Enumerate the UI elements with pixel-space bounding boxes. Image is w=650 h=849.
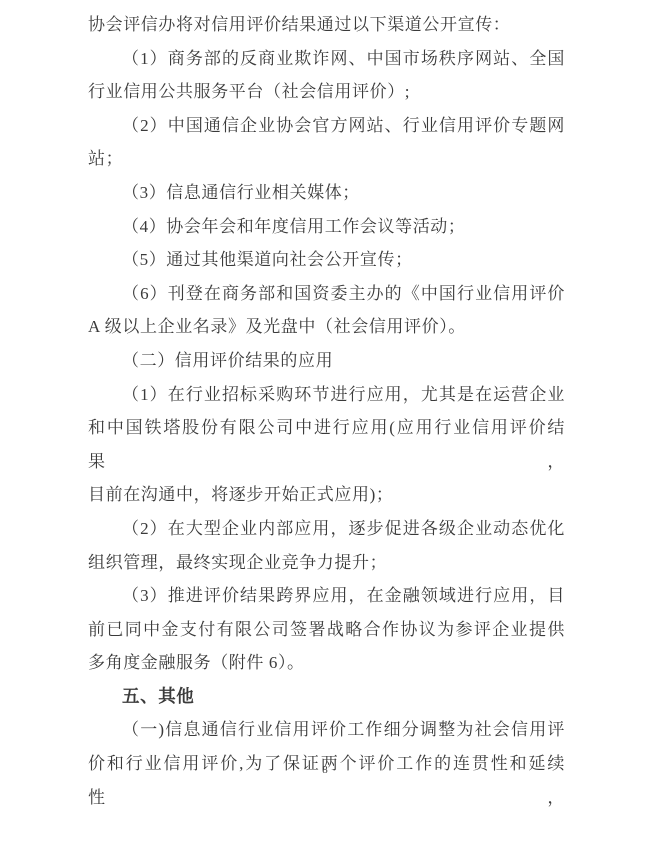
- text-line: 站；: [88, 142, 565, 176]
- text-line: （二）信用评价结果的应用: [88, 344, 565, 378]
- text-line: （4）协会年会和年度信用工作会议等活动；: [88, 210, 565, 244]
- text-line: （3）信息通信行业相关媒体；: [88, 176, 565, 210]
- document-page: 协会评信办将对信用评价结果通过以下渠道公开宣传：（1）商务部的反商业欺诈网、中国…: [0, 0, 650, 849]
- text-line: 和中国铁塔股份有限公司中进行应用(应用行业信用评价结果，: [88, 411, 565, 478]
- text-line: （1）商务部的反商业欺诈网、中国市场秩序网站、全国: [88, 42, 565, 76]
- text-line: 组织管理，最终实现企业竞争力提升；: [88, 546, 565, 580]
- text-line: （1）在行业招标采购环节进行应用，尤其是在运营企业: [88, 378, 565, 412]
- text-line: A 级以上企业名录》及光盘中（社会信用评价）。: [88, 310, 565, 344]
- text-line: （5）通过其他渠道向社会公开宣传；: [88, 243, 565, 277]
- text-line: 协会评信办将对信用评价结果通过以下渠道公开宣传：: [88, 8, 565, 42]
- text-line: （6）刊登在商务部和国资委主办的《中国行业信用评价: [88, 277, 565, 311]
- text-line: （2）在大型企业内部应用，逐步促进各级企业动态优化: [88, 512, 565, 546]
- document-text-block: 协会评信办将对信用评价结果通过以下渠道公开宣传：（1）商务部的反商业欺诈网、中国…: [88, 8, 565, 814]
- text-line: 价和行业信用评价,为了保证两个评价工作的连贯性和延续性，: [88, 747, 565, 814]
- section-heading: 五、其他: [88, 680, 565, 714]
- text-line: 前已同中金支付有限公司签署战略合作协议为参评企业提供: [88, 613, 565, 647]
- page-number: 8: [0, 764, 650, 776]
- text-line: 行业信用公共服务平台（社会信用评价）;: [88, 75, 565, 109]
- text-line: （一)信息通信行业信用评价工作细分调整为社会信用评: [88, 713, 565, 747]
- text-line: 多角度金融服务（附件 6）。: [88, 646, 565, 680]
- text-line: 目前在沟通中，将逐步开始正式应用)；: [88, 478, 565, 512]
- text-line: （3）推进评价结果跨界应用，在金融领域进行应用，目: [88, 579, 565, 613]
- text-line: （2）中国通信企业协会官方网站、行业信用评价专题网: [88, 109, 565, 143]
